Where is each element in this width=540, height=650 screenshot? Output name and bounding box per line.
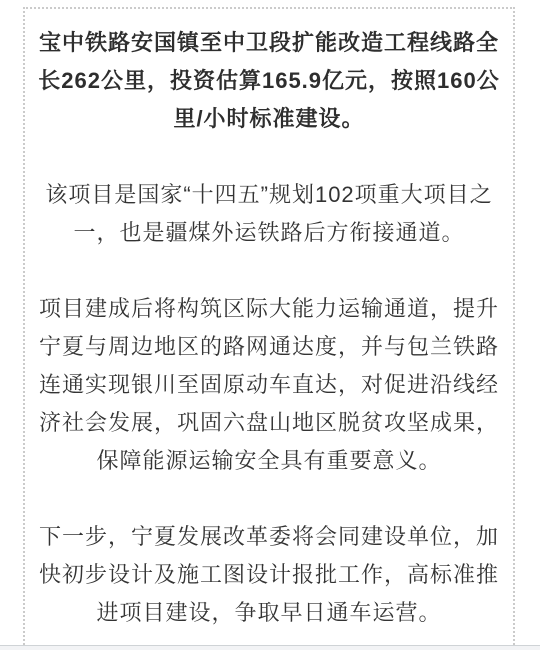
page-bottom-edge [0, 645, 540, 650]
article-paragraph-4: 下一步，宁夏发展改革委将会同建设单位，加快初步设计及施工图设计报批工作，高标准推… [38, 518, 500, 632]
article-body: 宝中铁路安国镇至中卫段扩能改造工程线路全长262公里，投资估算165.9亿元，按… [23, 7, 515, 645]
article-paragraph-3: 项目建成后将构筑区际大能力运输通道，提升宁夏与周边地区的路网通达度，并与包兰铁路… [38, 290, 500, 480]
article-paragraph-2: 该项目是国家“十四五”规划102项重大项目之一，也是疆煤外运铁路后方衔接通道。 [38, 176, 500, 252]
article-paragraph-summary: 宝中铁路安国镇至中卫段扩能改造工程线路全长262公里，投资估算165.9亿元，按… [38, 24, 500, 138]
